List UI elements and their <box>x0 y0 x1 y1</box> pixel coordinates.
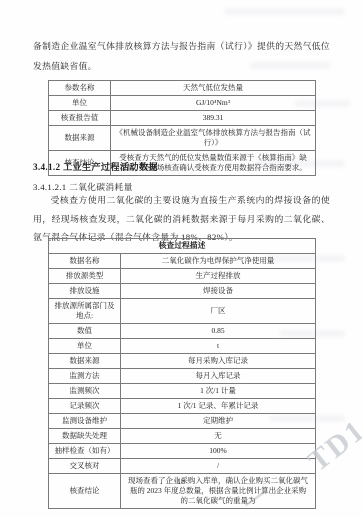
row-label: 抽样检查（如有） <box>49 444 121 459</box>
table-row: 数据来源 《机械设备制造企业温室气体排放核算方法与报告指南（试行）》 <box>49 126 316 151</box>
row-value: GJ/10⁴Nm³ <box>111 96 316 111</box>
table-row: 抽样检查（如有） 100% <box>49 444 316 459</box>
row-value: 二氧化碳作为电焊保护气净使用量 <box>121 254 316 269</box>
table-row: 排放源类型 生产过程排放 <box>49 269 316 284</box>
row-value: 389.31 <box>111 111 316 126</box>
row-label: 单位 <box>49 339 121 354</box>
row-label: 数据来源 <box>49 354 121 369</box>
table-row: 数据来源 每月采购入库记录 <box>49 354 316 369</box>
table-row: 监测方法 每月入库记录 <box>49 369 316 384</box>
row-value: / <box>121 459 316 474</box>
table-row: 数值 0.85 <box>49 324 316 339</box>
row-label: 核查报告值 <box>49 111 111 126</box>
table-row: 参数名称 天然气低位发热量 <box>49 81 316 96</box>
row-value: 厂区 <box>121 299 316 324</box>
table-row: 记录频次 1 次/1 记录、年累计记录 <box>49 399 316 414</box>
table-row: 交叉核对 / <box>49 459 316 474</box>
section-heading: 3.4.1.2 工业生产过程活动数据 <box>33 159 158 173</box>
row-label: 排放源所属部门及地点: <box>49 299 121 324</box>
row-value: t <box>121 339 316 354</box>
page-number: 18 <box>0 477 362 486</box>
row-value: 每月入库记录 <box>121 369 316 384</box>
row-value: 1 次/1 计量 <box>121 384 316 399</box>
row-label: 监测设备维护 <box>49 414 121 429</box>
table-row: 数据缺失处理 无 <box>49 429 316 444</box>
row-value: 焊接设备 <box>121 284 316 299</box>
row-label: 单位 <box>49 96 111 111</box>
table-row: 监测频次 1 次/1 计量 <box>49 384 316 399</box>
row-label: 数值 <box>49 324 121 339</box>
row-value: 每月采购入库记录 <box>121 354 316 369</box>
row-label: 记录频次 <box>49 399 121 414</box>
row-value: 100% <box>121 444 316 459</box>
table-row: 单位 t <box>49 339 316 354</box>
row-label: 排放源类型 <box>49 269 121 284</box>
table-row: 数据名称 二氧化碳作为电焊保护气净使用量 <box>49 254 316 269</box>
table-row: 排放设施 焊接设备 <box>49 284 316 299</box>
table-row: 单位 GJ/10⁴Nm³ <box>49 96 316 111</box>
row-value: 生产过程排放 <box>121 269 316 284</box>
scan-bleedthrough-artifact <box>225 8 345 15</box>
row-value: 《机械设备制造企业温室气体排放核算方法与报告指南（试行）》 <box>111 126 316 151</box>
row-label: 数据缺失处理 <box>49 429 121 444</box>
table-header-row: 核查过程描述 <box>49 239 316 254</box>
table-row: 监测设备维护 定期维护 <box>49 414 316 429</box>
row-label: 交叉核对 <box>49 459 121 474</box>
table-header: 核查过程描述 <box>49 239 316 254</box>
row-value: 1 次/1 记录、年累计记录 <box>121 399 316 414</box>
table-row: 核查报告值 389.31 <box>49 111 316 126</box>
row-value: 0.85 <box>121 324 316 339</box>
row-label: 监测方法 <box>49 369 121 384</box>
row-value: 定期维护 <box>121 414 316 429</box>
document-page: 备制造企业温室气体排放核算方法与报告指南（试行）》提供的天然气低位发热值缺省值。… <box>0 0 362 517</box>
row-label: 数据来源 <box>49 126 111 151</box>
row-label: 监测频次 <box>49 384 121 399</box>
row-value: 无 <box>121 429 316 444</box>
intro-paragraph: 备制造企业温室气体排放核算方法与报告指南（试行）》提供的天然气低位发热值缺省值。 <box>33 36 330 76</box>
co2-verification-process-table: 核查过程描述 数据名称 二氧化碳作为电焊保护气净使用量 排放源类型 生产过程排放… <box>48 238 316 509</box>
row-label: 参数名称 <box>49 81 111 96</box>
row-value: 天然气低位发热量 <box>111 81 316 96</box>
row-label: 数据名称 <box>49 254 121 269</box>
row-label: 排放设施 <box>49 284 121 299</box>
table-row: 排放源所属部门及地点: 厂区 <box>49 299 316 324</box>
